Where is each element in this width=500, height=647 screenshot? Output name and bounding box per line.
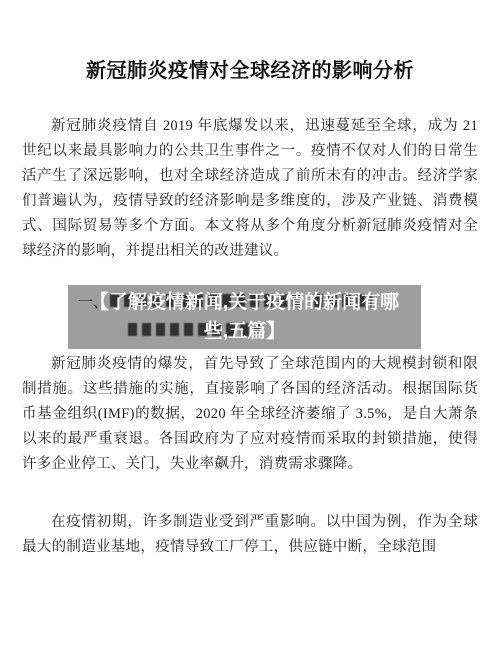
paragraph-lockdown-impact: 新冠肺炎疫情的爆发，首先导致了全球范围内的大规模封锁和限制措施。这些措施的实施，… — [22, 352, 478, 477]
document-page: 新冠肺炎疫情对全球经济的影响分析 新冠肺炎疫情自 2019 年底爆发以来，迅速蔓… — [0, 0, 500, 647]
banner-title: 【了解疫情新闻,关于疫情的新闻有哪些,五篇】 — [68, 288, 421, 346]
paragraph-intro: 新冠肺炎疫情自 2019 年底爆发以来，迅速蔓延至全球，成为 21 世纪以来最具… — [22, 114, 478, 264]
document-title: 新冠肺炎疫情对全球经济的影响分析 — [22, 58, 478, 84]
article-title-banner: 一、 【了解疫情新闻,关于疫情的新闻有哪些,五篇】 — [68, 285, 421, 349]
paragraph-manufacturing-impact: 在疫情初期，许多制造业受到严重影响。以中国为例，作为全球最大的制造业基地，疫情导… — [22, 510, 478, 560]
